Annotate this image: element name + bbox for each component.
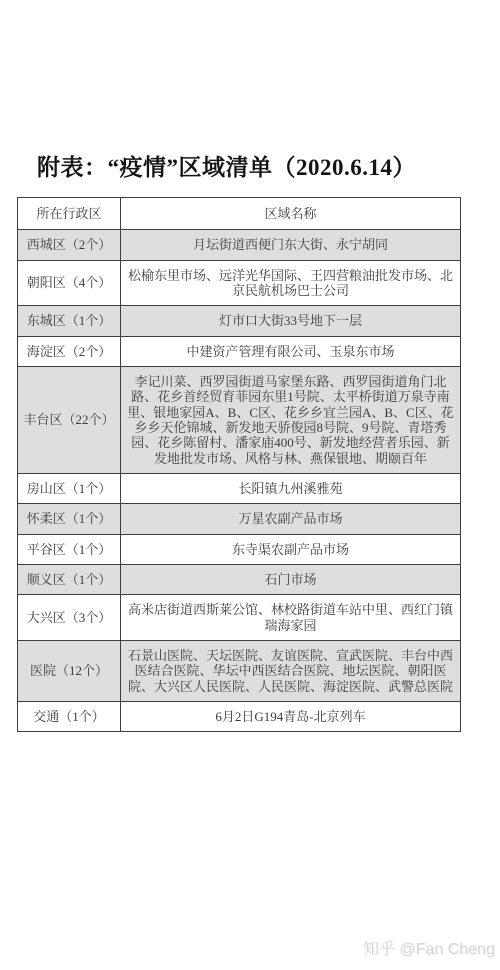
district-cell: 朝阳区（4个）: [18, 260, 121, 306]
district-cell: 医院（12个）: [18, 640, 121, 701]
region-cell: 东寺渠农副产品市场: [121, 534, 461, 564]
district-cell: 大兴区（3个）: [18, 595, 121, 641]
district-cell: 怀柔区（1个）: [18, 504, 121, 534]
epidemic-region-table: 所在行政区 区域名称 西城区（2个） 月坛街道西便门东大街、永宁胡同 朝阳区（4…: [17, 197, 461, 732]
table-row: 顺义区（1个） 石门市场: [18, 564, 461, 594]
table-row: 平谷区（1个） 东寺渠农副产品市场: [18, 534, 461, 564]
district-cell: 西城区（2个）: [18, 230, 121, 260]
district-cell: 顺义区（1个）: [18, 564, 121, 594]
region-cell: 6月2日G194青岛-北京列车: [121, 701, 461, 731]
district-cell: 东城区（1个）: [18, 306, 121, 336]
district-cell: 平谷区（1个）: [18, 534, 121, 564]
document-page: 附表：“疫情”区域清单（2020.6.14） 所在行政区 区域名称 西城区（2个…: [0, 0, 500, 970]
table-row: 东城区（1个） 灯市口大街33号地下一层: [18, 306, 461, 336]
header-region: 区域名称: [121, 198, 461, 230]
region-cell: 月坛街道西便门东大街、永宁胡同: [121, 230, 461, 260]
table-row: 丰台区（22个） 李记川菜、西罗园街道马家堡东路、西罗园街道角门北路、花乡首经贸…: [18, 366, 461, 473]
table-row: 怀柔区（1个） 万星农副产品市场: [18, 504, 461, 534]
table-row: 大兴区（3个） 高米店街道西斯莱公馆、林校路街道车站中里、西红门镇瑞海家园: [18, 595, 461, 641]
header-district: 所在行政区: [18, 198, 121, 230]
table-row: 交通（1个） 6月2日G194青岛-北京列车: [18, 701, 461, 731]
region-cell: 石门市场: [121, 564, 461, 594]
region-cell: 石景山医院、天坛医院、友谊医院、宣武医院、丰台中西医结合医院、华坛中西医结合医院…: [121, 640, 461, 701]
table-row: 海淀区（2个） 中建资产管理有限公司、玉泉东市场: [18, 336, 461, 366]
table-row: 西城区（2个） 月坛街道西便门东大街、永宁胡同: [18, 230, 461, 260]
table-row: 房山区（1个） 长阳镇九州溪雅苑: [18, 473, 461, 503]
district-cell: 交通（1个）: [18, 701, 121, 731]
region-cell: 高米店街道西斯莱公馆、林校路街道车站中里、西红门镇瑞海家园: [121, 595, 461, 641]
district-cell: 海淀区（2个）: [18, 336, 121, 366]
table-row: 医院（12个） 石景山医院、天坛医院、友谊医院、宣武医院、丰台中西医结合医院、华…: [18, 640, 461, 701]
district-cell: 丰台区（22个）: [18, 366, 121, 473]
page-title: 附表：“疫情”区域清单（2020.6.14）: [37, 149, 416, 182]
region-cell: 中建资产管理有限公司、玉泉东市场: [121, 336, 461, 366]
region-cell: 松榆东里市场、远洋光华国际、王四营粮油批发市场、北京民航机场巴士公司: [121, 260, 461, 306]
table-row: 朝阳区（4个） 松榆东里市场、远洋光华国际、王四营粮油批发市场、北京民航机场巴士…: [18, 260, 461, 306]
table-header-row: 所在行政区 区域名称: [18, 198, 461, 230]
region-cell: 李记川菜、西罗园街道马家堡东路、西罗园街道角门北路、花乡首经贸育菲园东里1号院、…: [121, 366, 461, 473]
district-cell: 房山区（1个）: [18, 473, 121, 503]
zhihu-watermark: 知乎 @Fan Cheng: [363, 936, 495, 959]
region-cell: 灯市口大街33号地下一层: [121, 306, 461, 336]
region-cell: 万星农副产品市场: [121, 504, 461, 534]
region-cell: 长阳镇九州溪雅苑: [121, 473, 461, 503]
